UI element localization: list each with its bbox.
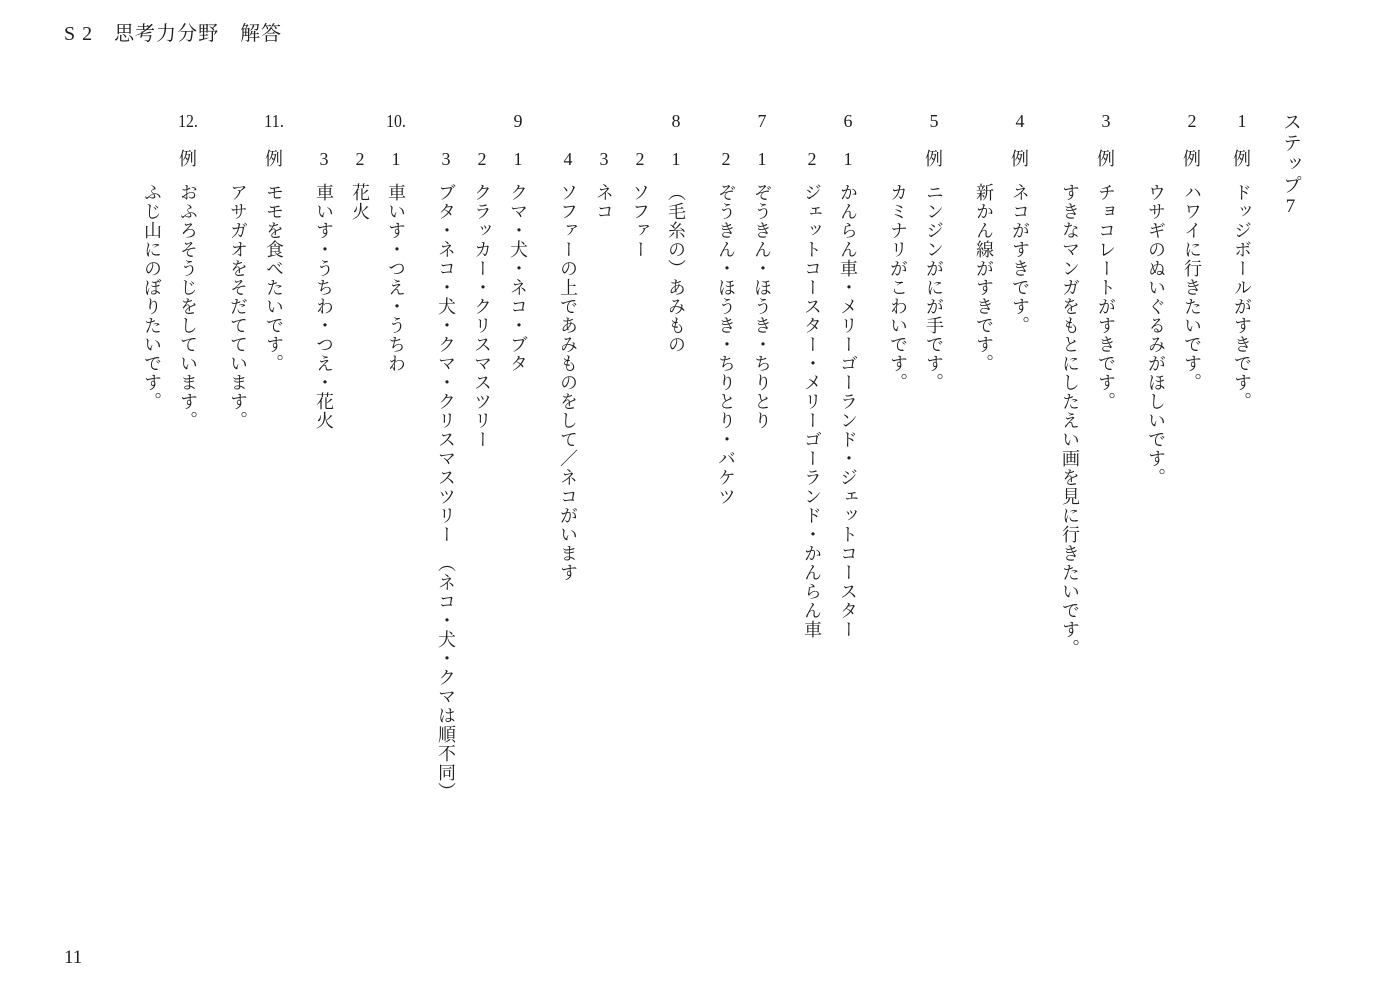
answer-item-10: 10.1車いす・つえ・うちわ 2花火 3車いす・うちわ・つえ・花火 — [306, 112, 414, 952]
item-number: 3 — [1096, 112, 1116, 130]
answer-sheet-page: S 2 思考力分野 解答 ステップ7 1例ドッジボールがすきです。 2例ハワイに… — [0, 0, 1400, 989]
label-slot: 例 — [1224, 150, 1260, 183]
answer-column: 2例ハワイに行きたいです。 — [1174, 112, 1210, 952]
answer-text: クラッカー・クリスマスツリー — [472, 183, 492, 449]
label-slot: 例 — [1002, 150, 1038, 183]
answer-label: 例 — [264, 150, 284, 168]
label-slot: 2 — [794, 150, 830, 183]
answer-label: 1 — [838, 150, 858, 168]
answer-column: ふじ山にのぼりたいです。 — [134, 112, 170, 952]
answer-text: ソファーの上であみものをして／ネコがいます — [558, 183, 578, 582]
answer-column: 2花火 — [342, 112, 378, 952]
page-number: 11 — [64, 947, 82, 969]
answer-text: すきなマンガをもとにしたえい画を見に行きたいです。 — [1060, 183, 1080, 658]
answer-item-4: 4例ネコがすきです。 新かん線がすきです。 — [966, 112, 1038, 952]
answers-area: ステップ7 1例ドッジボールがすきです。 2例ハワイに行きたいです。 ウサギのぬ… — [120, 112, 1308, 952]
answer-column: 4ソファーの上であみものをして／ネコがいます — [550, 112, 586, 952]
number-slot: 10. — [378, 112, 414, 150]
number-slot: 12. — [170, 112, 206, 150]
answer-label: 1 — [386, 150, 406, 168]
answer-text: ふじ山にのぼりたいです。 — [142, 183, 162, 411]
label-slot: 例 — [916, 150, 952, 183]
answer-text: カミナリがこわいです。 — [888, 183, 908, 392]
answer-label: 例 — [1010, 150, 1030, 168]
answer-column: 12.例おふろそうじをしています。 — [170, 112, 206, 952]
number-slot: 11. — [256, 112, 292, 150]
answer-text: ドッジボールがすきです。 — [1232, 183, 1252, 411]
answer-column: 3例チョコレートがすきです。 — [1088, 112, 1124, 952]
label-slot: 2 — [622, 150, 658, 183]
answer-column: 71ぞうきん・ほうき・ちりとり — [744, 112, 780, 952]
answer-column: 2クラッカー・クリスマスツリー — [464, 112, 500, 952]
number-slot: 4 — [1002, 112, 1038, 150]
item-number: 2 — [1182, 112, 1202, 130]
answer-text: かんらん車・メリーゴーランド・ジェットコースター — [838, 183, 858, 639]
answer-column: カミナリがこわいです。 — [880, 112, 916, 952]
answer-label: 3 — [314, 150, 334, 168]
answer-label: 3 — [436, 150, 456, 168]
number-slot: 1 — [1224, 112, 1260, 150]
answer-label: 2 — [802, 150, 822, 168]
label-slot: 1 — [500, 150, 536, 183]
answer-label: 3 — [594, 150, 614, 168]
answer-item-12: 12.例おふろそうじをしています。 ふじ山にのぼりたいです。 — [134, 112, 206, 952]
item-number: 8 — [666, 112, 686, 130]
step-title: ステップ7 — [1272, 112, 1308, 952]
answer-label: 例 — [1232, 150, 1252, 168]
answer-text: ニンジンがにが手です。 — [924, 183, 944, 392]
item-number: 11. — [264, 112, 284, 130]
answer-text: 車いす・うちわ・つえ・花火 — [314, 183, 334, 430]
answer-text: ハワイに行きたいです。 — [1182, 183, 1202, 392]
label-slot: 例 — [1088, 150, 1124, 183]
answer-text: 新かん線がすきです。 — [974, 183, 994, 373]
label-slot: 例 — [170, 150, 206, 183]
item-number: 4 — [1010, 112, 1030, 130]
item-number: 12. — [178, 112, 198, 130]
label-slot: 2 — [464, 150, 500, 183]
answer-text: ソファー — [630, 183, 650, 259]
answer-text: チョコレートがすきです。 — [1096, 183, 1116, 411]
label-slot: 2 — [342, 150, 378, 183]
number-slot: 3 — [1088, 112, 1124, 150]
answer-column: すきなマンガをもとにしたえい画を見に行きたいです。 — [1052, 112, 1088, 952]
label-slot: 3 — [586, 150, 622, 183]
answer-column: ウサギのぬいぐるみがほしいです。 — [1138, 112, 1174, 952]
answer-text: ぞうきん・ほうき・ちりとり・バケツ — [716, 183, 736, 506]
answer-item-8: 81（毛糸の）あみもの 2ソファー 3ネコ 4ソファーの上であみものをして／ネコ… — [550, 112, 694, 952]
label-slot: 1 — [658, 150, 694, 183]
answer-item-6: 61かんらん車・メリーゴーランド・ジェットコースター 2ジェットコースター・メリ… — [794, 112, 866, 952]
answer-column: 81（毛糸の）あみもの — [658, 112, 694, 952]
page-header: S 2 思考力分野 解答 — [64, 17, 282, 46]
answer-text: 車いす・つえ・うちわ — [386, 183, 406, 373]
answer-column: アサガオをそだてています。 — [220, 112, 256, 952]
number-slot: 7 — [744, 112, 780, 150]
answer-text: ネコがすきです。 — [1010, 183, 1030, 335]
answer-column: 3車いす・うちわ・つえ・花火 — [306, 112, 342, 952]
answer-label: 例 — [1182, 150, 1202, 168]
answer-column: 5例ニンジンがにが手です。 — [916, 112, 952, 952]
answer-label: 2 — [472, 150, 492, 168]
answer-item-3: 3例チョコレートがすきです。 すきなマンガをもとにしたえい画を見に行きたいです。 — [1052, 112, 1124, 952]
answer-column: 2ジェットコースター・メリーゴーランド・かんらん車 — [794, 112, 830, 952]
answer-column: 2ぞうきん・ほうき・ちりとり・バケツ — [708, 112, 744, 952]
label-slot: 1 — [744, 150, 780, 183]
answer-text: ウサギのぬいぐるみがほしいです。 — [1146, 183, 1166, 487]
answer-column: 4例ネコがすきです。 — [1002, 112, 1038, 952]
label-slot: 1 — [378, 150, 414, 183]
answer-label: 1 — [666, 150, 686, 168]
answer-text: ネコ — [594, 183, 614, 221]
answer-text: （毛糸の）あみもの — [666, 183, 686, 354]
answer-column: 91クマ・犬・ネコ・ブタ — [500, 112, 536, 952]
label-slot: 2 — [708, 150, 744, 183]
number-slot: 9 — [500, 112, 536, 150]
answer-label: 2 — [630, 150, 650, 168]
answer-text: ブタ・ネコ・犬・クマ・クリスマスツリー （ネコ・犬・クマは順不同） — [436, 183, 456, 801]
answer-item-2: 2例ハワイに行きたいです。 ウサギのぬいぐるみがほしいです。 — [1138, 112, 1210, 952]
answer-item-1: 1例ドッジボールがすきです。 — [1224, 112, 1260, 952]
answer-label: 2 — [350, 150, 370, 168]
answer-column: 3ブタ・ネコ・犬・クマ・クリスマスツリー （ネコ・犬・クマは順不同） — [428, 112, 464, 952]
answer-text: クマ・犬・ネコ・ブタ — [508, 183, 528, 373]
item-number: 6 — [838, 112, 858, 130]
answer-label: 1 — [508, 150, 528, 168]
answer-column: 11.例モモを食べたいです。 — [256, 112, 292, 952]
number-slot: 6 — [830, 112, 866, 150]
number-slot: 8 — [658, 112, 694, 150]
label-slot: 4 — [550, 150, 586, 183]
label-slot: 3 — [428, 150, 464, 183]
answer-column: 61かんらん車・メリーゴーランド・ジェットコースター — [830, 112, 866, 952]
answer-column: 2ソファー — [622, 112, 658, 952]
answer-column: 10.1車いす・つえ・うちわ — [378, 112, 414, 952]
item-number: 1 — [1232, 112, 1252, 130]
label-slot: 例 — [256, 150, 292, 183]
answer-text: アサガオをそだてています。 — [228, 183, 248, 430]
answer-item-9: 91クマ・犬・ネコ・ブタ 2クラッカー・クリスマスツリー 3ブタ・ネコ・犬・クマ… — [428, 112, 536, 952]
label-slot: 例 — [1174, 150, 1210, 183]
item-number: 9 — [508, 112, 528, 130]
label-slot: 3 — [306, 150, 342, 183]
item-number: 7 — [752, 112, 772, 130]
answer-text: モモを食べたいです。 — [264, 183, 284, 373]
answer-text: 花火 — [350, 183, 370, 221]
number-slot: 2 — [1174, 112, 1210, 150]
answer-text: おふろそうじをしています。 — [178, 183, 198, 430]
label-slot: 1 — [830, 150, 866, 183]
answer-item-5: 5例ニンジンがにが手です。 カミナリがこわいです。 — [880, 112, 952, 952]
answer-label: 例 — [178, 150, 198, 168]
answer-text: ぞうきん・ほうき・ちりとり — [752, 183, 772, 430]
answer-label: 4 — [558, 150, 578, 168]
answer-column: 1例ドッジボールがすきです。 — [1224, 112, 1260, 952]
answer-label: 例 — [1096, 150, 1116, 168]
answer-label: 例 — [924, 150, 944, 168]
number-slot: 5 — [916, 112, 952, 150]
answer-label: 2 — [716, 150, 736, 168]
answer-column: 新かん線がすきです。 — [966, 112, 1002, 952]
item-number: 5 — [924, 112, 944, 130]
answer-label: 1 — [752, 150, 772, 168]
item-number: 10. — [386, 112, 406, 130]
answer-column: 3ネコ — [586, 112, 622, 952]
answer-item-11: 11.例モモを食べたいです。 アサガオをそだてています。 — [220, 112, 292, 952]
answer-text: ジェットコースター・メリーゴーランド・かんらん車 — [802, 183, 822, 639]
answer-item-7: 71ぞうきん・ほうき・ちりとり 2ぞうきん・ほうき・ちりとり・バケツ — [708, 112, 780, 952]
